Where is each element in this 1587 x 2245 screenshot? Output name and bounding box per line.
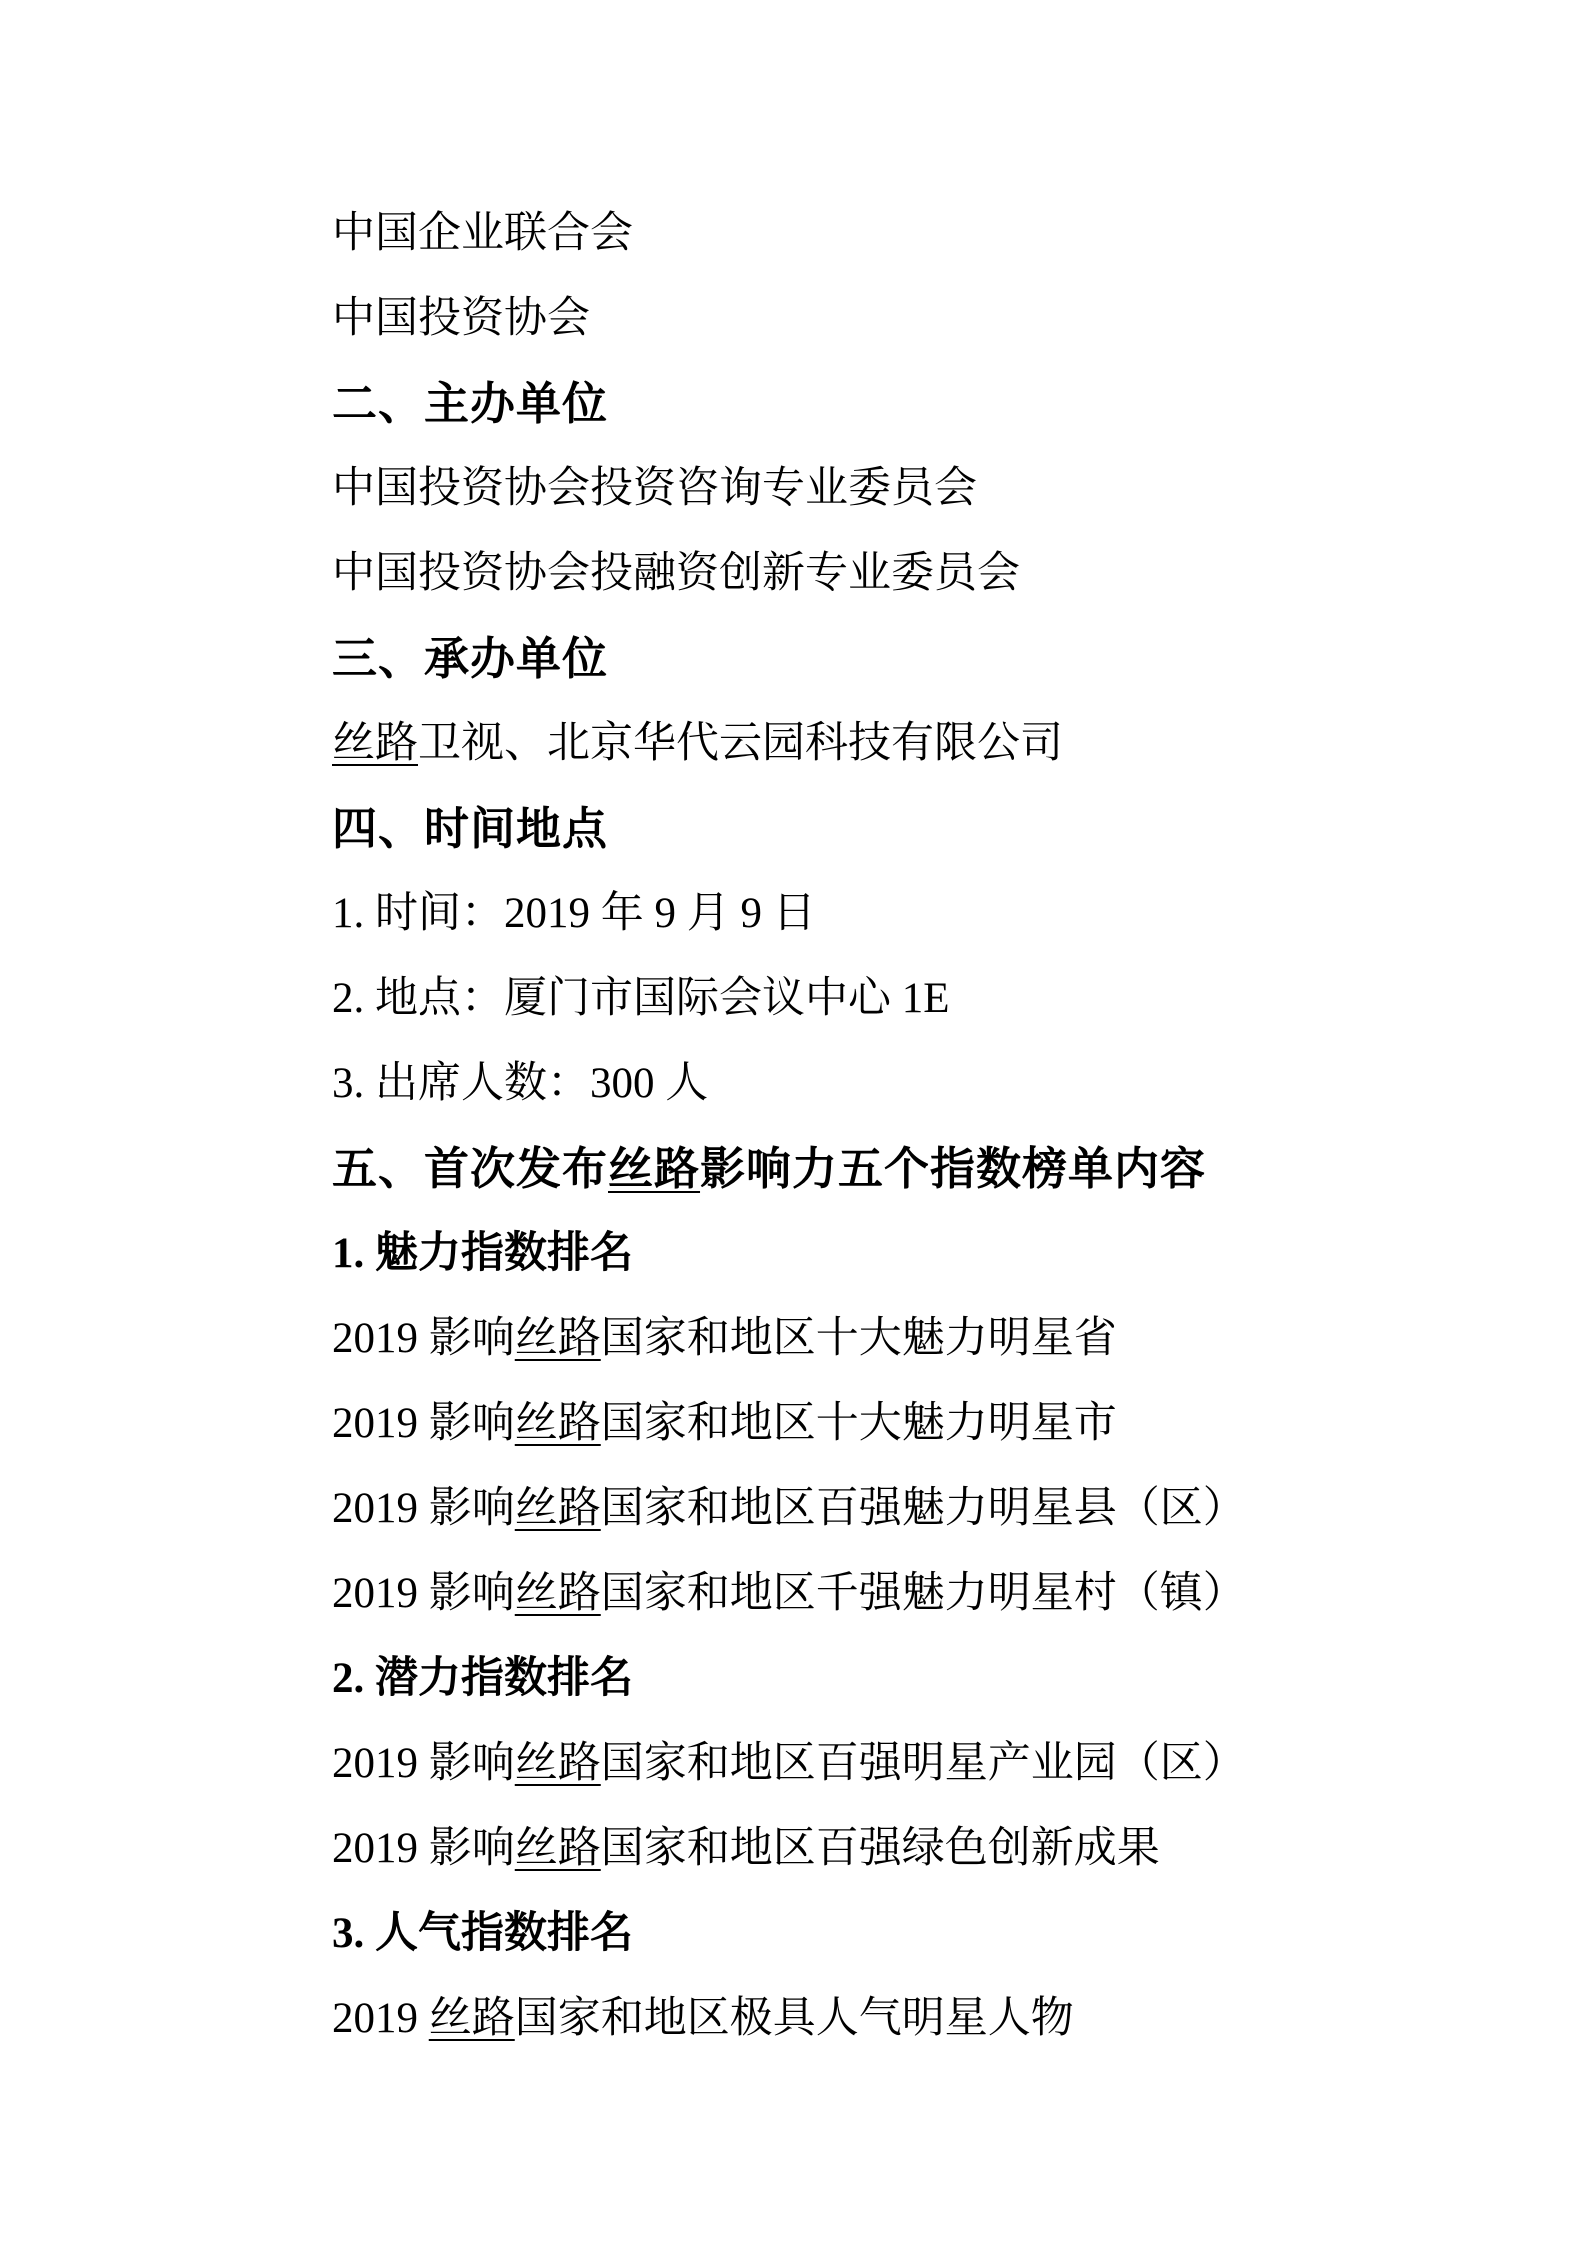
text-segment: 国家和地区十大魅力明星市 <box>601 1400 1117 1447</box>
underlined-term: 丝路 <box>608 1143 700 1194</box>
body-paragraph: 2019 影响丝路国家和地区十大魅力明星市 <box>332 1381 1477 1466</box>
text-segment: 国家和地区十大魅力明星省 <box>601 1315 1117 1362</box>
underlined-term: 丝路 <box>332 720 418 767</box>
body-paragraph: 2019 丝路国家和地区极具人气明星人物 <box>332 1976 1477 2061</box>
text-segment: 2019 影响 <box>332 1740 515 1787</box>
section-heading: 二、主办单位 <box>332 361 1477 446</box>
text-segment: 国家和地区百强魅力明星县（区） <box>601 1485 1246 1532</box>
text-segment: 国家和地区极具人气明星人物 <box>515 1995 1074 2042</box>
underlined-term: 丝路 <box>515 1740 601 1787</box>
text-segment: 中国投资协会投资咨询专业委员会 <box>332 465 977 512</box>
section-heading: 三、承办单位 <box>332 616 1477 701</box>
body-paragraph: 2019 影响丝路国家和地区千强魅力明星村（镇） <box>332 1551 1477 1636</box>
text-segment: 2019 影响 <box>332 1400 515 1447</box>
body-paragraph: 2019 影响丝路国家和地区百强明星产业园（区） <box>332 1721 1477 1806</box>
text-segment: 1. 时间：2019 年 9 月 9 日 <box>332 890 816 937</box>
text-segment: 2019 影响 <box>332 1570 515 1617</box>
section-heading: 四、时间地点 <box>332 786 1477 871</box>
body-paragraph: 中国投资协会投资咨询专业委员会 <box>332 446 1477 531</box>
text-segment: 中国投资协会投融资创新专业委员会 <box>332 550 1020 597</box>
text-segment: 国家和地区百强绿色创新成果 <box>601 1825 1160 1872</box>
text-segment: 国家和地区千强魅力明星村（镇） <box>601 1570 1246 1617</box>
underlined-term: 丝路 <box>429 1995 515 2042</box>
underlined-term: 丝路 <box>515 1400 601 1447</box>
text-segment: 国家和地区百强明星产业园（区） <box>601 1740 1246 1787</box>
sub-heading: 1. 魅力指数排名 <box>332 1211 1477 1296</box>
body-paragraph: 1. 时间：2019 年 9 月 9 日 <box>332 871 1477 956</box>
text-segment: 2019 <box>332 1995 429 2042</box>
underlined-term: 丝路 <box>515 1485 601 1532</box>
section-heading: 五、首次发布丝路影响力五个指数榜单内容 <box>332 1126 1477 1211</box>
text-segment: 二、主办单位 <box>332 378 608 429</box>
underlined-term: 丝路 <box>515 1315 601 1362</box>
body-paragraph: 2019 影响丝路国家和地区十大魅力明星省 <box>332 1296 1477 1381</box>
text-segment: 2019 影响 <box>332 1485 515 1532</box>
text-segment: 1. 魅力指数排名 <box>332 1230 633 1277</box>
text-segment: 三、承办单位 <box>332 633 608 684</box>
text-segment: 五、首次发布 <box>332 1143 608 1194</box>
text-segment: 中国企业联合会 <box>332 210 633 257</box>
text-segment: 2019 影响 <box>332 1315 515 1362</box>
text-segment: 2. 潜力指数排名 <box>332 1655 633 1702</box>
document-content: 中国企业联合会中国投资协会二、主办单位中国投资协会投资咨询专业委员会中国投资协会… <box>332 191 1477 2061</box>
body-paragraph: 2. 地点：厦门市国际会议中心 1E <box>332 956 1477 1041</box>
body-paragraph: 3. 出席人数：300 人 <box>332 1041 1477 1126</box>
text-segment: 中国投资协会 <box>332 295 590 342</box>
body-paragraph: 中国企业联合会 <box>332 191 1477 276</box>
body-paragraph: 2019 影响丝路国家和地区百强绿色创新成果 <box>332 1806 1477 1891</box>
sub-heading: 2. 潜力指数排名 <box>332 1636 1477 1721</box>
text-segment: 3. 人气指数排名 <box>332 1910 633 1957</box>
text-segment: 四、时间地点 <box>332 803 608 854</box>
body-paragraph: 中国投资协会投融资创新专业委员会 <box>332 531 1477 616</box>
underlined-term: 丝路 <box>515 1825 601 1872</box>
body-paragraph: 丝路卫视、北京华代云园科技有限公司 <box>332 701 1477 786</box>
text-segment: 2. 地点：厦门市国际会议中心 1E <box>332 975 950 1022</box>
underlined-term: 丝路 <box>515 1570 601 1617</box>
body-paragraph: 2019 影响丝路国家和地区百强魅力明星县（区） <box>332 1466 1477 1551</box>
text-segment: 卫视、北京华代云园科技有限公司 <box>418 720 1063 767</box>
text-segment: 3. 出席人数：300 人 <box>332 1060 708 1107</box>
sub-heading: 3. 人气指数排名 <box>332 1891 1477 1976</box>
body-paragraph: 中国投资协会 <box>332 276 1477 361</box>
text-segment: 2019 影响 <box>332 1825 515 1872</box>
text-segment: 影响力五个指数榜单内容 <box>700 1143 1206 1194</box>
document-page: 中国企业联合会中国投资协会二、主办单位中国投资协会投资咨询专业委员会中国投资协会… <box>0 0 1587 2245</box>
